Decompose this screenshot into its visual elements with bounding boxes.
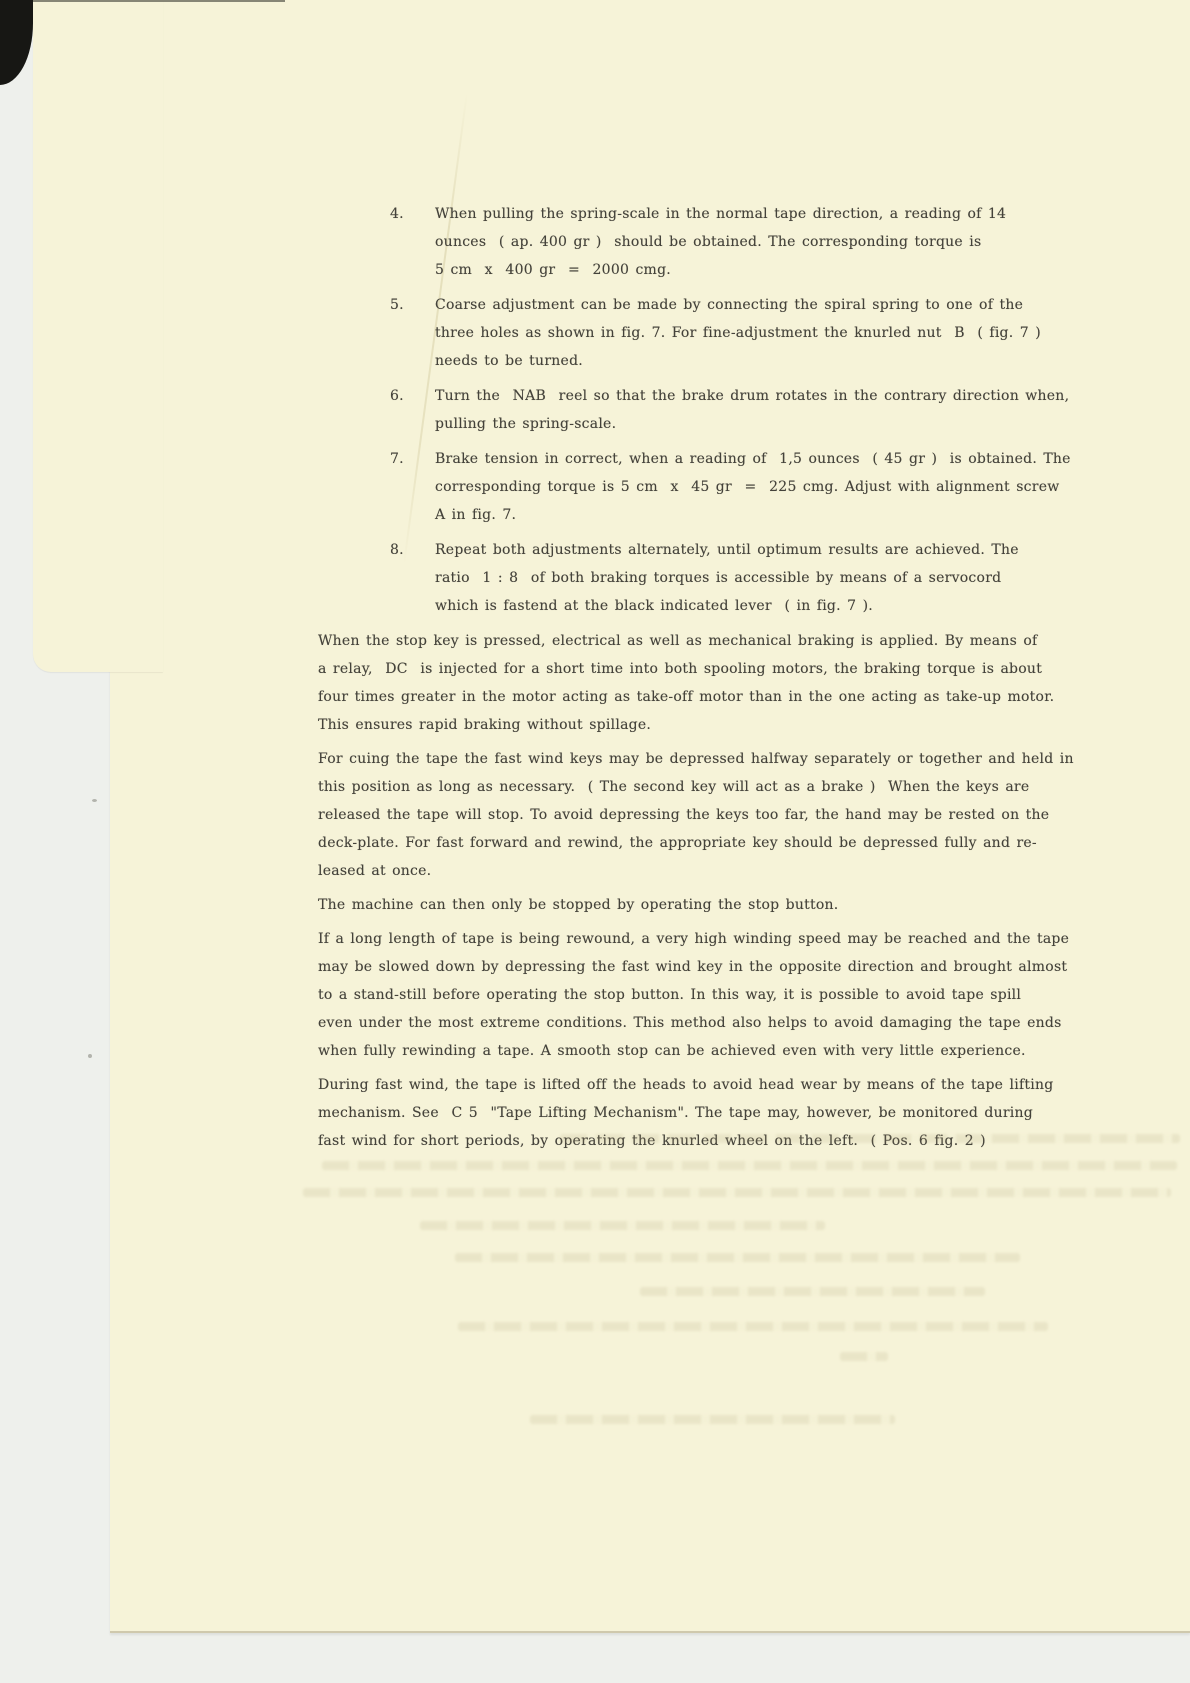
- bleed-through-text: [840, 1352, 888, 1361]
- text-line: even under the most extreme conditions. …: [318, 1009, 1030, 1037]
- scan-corner-shadow: [0, 0, 33, 85]
- text-line: 5 cm x 400 gr = 2000 cmg.: [435, 256, 1006, 284]
- text-line: Brake tension in correct, when a reading…: [435, 445, 1071, 473]
- numbered-list: 4. When pulling the spring-scale in the …: [318, 200, 1030, 620]
- paragraph-stop-button: The machine can then only be stopped by …: [318, 891, 1030, 919]
- text-line: which is fastend at the black indicated …: [435, 592, 1019, 620]
- text-line: If a long length of tape is being rewoun…: [318, 925, 1030, 953]
- scan-top-edge: [33, 0, 285, 2]
- list-item-7: 7. Brake tension in correct, when a read…: [318, 445, 1030, 529]
- text-line: Coarse adjustment can be made by connect…: [435, 291, 1041, 319]
- list-item-number: 4.: [390, 200, 435, 228]
- paragraph-cuing: For cuing the tape the fast wind keys ma…: [318, 745, 1030, 885]
- text-line: three holes as shown in fig. 7. For fine…: [435, 319, 1041, 347]
- text-line: ratio 1 : 8 of both braking torques is a…: [435, 564, 1019, 592]
- text-line: ounces ( ap. 400 gr ) should be obtained…: [435, 228, 1006, 256]
- text-line: Turn the NAB reel so that the brake drum…: [435, 382, 1069, 410]
- list-item-text: Repeat both adjustments alternately, unt…: [435, 536, 1019, 620]
- text-line: A in fig. 7.: [435, 501, 1071, 529]
- scan-speck: [92, 799, 97, 802]
- text-line: to a stand-still before operating the st…: [318, 981, 1030, 1009]
- text-line: needs to be turned.: [435, 347, 1041, 375]
- bleed-through-text: [640, 1287, 985, 1296]
- list-item-text: Coarse adjustment can be made by connect…: [435, 291, 1041, 375]
- text-line: released the tape will stop. To avoid de…: [318, 801, 1030, 829]
- bleed-through-text: [322, 1161, 1177, 1170]
- page-content: 4. When pulling the spring-scale in the …: [318, 200, 1030, 1161]
- text-line: When the stop key is pressed, electrical…: [318, 627, 1030, 655]
- bleed-through-text: [455, 1253, 1020, 1262]
- list-item-number: 8.: [390, 536, 435, 564]
- text-line: leased at once.: [318, 857, 1030, 885]
- list-item-number: 5.: [390, 291, 435, 319]
- bleed-through-text: [530, 1415, 895, 1424]
- text-line: Repeat both adjustments alternately, unt…: [435, 536, 1019, 564]
- text-line: corresponding torque is 5 cm x 45 gr = 2…: [435, 473, 1071, 501]
- list-item-6: 6. Turn the NAB reel so that the brake d…: [318, 382, 1030, 438]
- bleed-through-text: [420, 1221, 825, 1230]
- text-line: deck-plate. For fast forward and rewind,…: [318, 829, 1030, 857]
- text-line: may be slowed down by depressing the fas…: [318, 953, 1030, 981]
- paragraph-rewind: If a long length of tape is being rewoun…: [318, 925, 1030, 1065]
- text-line: a relay, DC is injected for a short time…: [318, 655, 1030, 683]
- bleed-through-text: [303, 1188, 1171, 1197]
- list-item-5: 5. Coarse adjustment can be made by conn…: [318, 291, 1030, 375]
- scan-speck: [88, 1054, 92, 1058]
- text-line: mechanism. See C 5 "Tape Lifting Mechani…: [318, 1099, 1030, 1127]
- text-line: pulling the spring-scale.: [435, 410, 1069, 438]
- list-item-text: Brake tension in correct, when a reading…: [435, 445, 1071, 529]
- text-line: For cuing the tape the fast wind keys ma…: [318, 745, 1030, 773]
- paragraph-stop-key: When the stop key is pressed, electrical…: [318, 627, 1030, 739]
- text-line: this position as long as necessary. ( Th…: [318, 773, 1030, 801]
- list-item-number: 7.: [390, 445, 435, 473]
- list-item-text: When pulling the spring-scale in the nor…: [435, 200, 1006, 284]
- paper-sheet-upper-edge: [33, 0, 163, 672]
- list-item-text: Turn the NAB reel so that the brake drum…: [435, 382, 1069, 438]
- bleed-through-text: [560, 1134, 1180, 1143]
- text-line: When pulling the spring-scale in the nor…: [435, 200, 1006, 228]
- text-line: During fast wind, the tape is lifted off…: [318, 1071, 1030, 1099]
- text-line: four times greater in the motor acting a…: [318, 683, 1030, 711]
- bleed-through-text: [458, 1322, 1048, 1331]
- text-line: when fully rewinding a tape. A smooth st…: [318, 1037, 1030, 1065]
- text-line: The machine can then only be stopped by …: [318, 891, 1030, 919]
- scanned-document-page: { "document": { "colors": { "paper": "#f…: [0, 0, 1190, 1683]
- list-item-4: 4. When pulling the spring-scale in the …: [318, 200, 1030, 284]
- list-item-8: 8. Repeat both adjustments alternately, …: [318, 536, 1030, 620]
- text-line: This ensures rapid braking without spill…: [318, 711, 1030, 739]
- list-item-number: 6.: [390, 382, 435, 410]
